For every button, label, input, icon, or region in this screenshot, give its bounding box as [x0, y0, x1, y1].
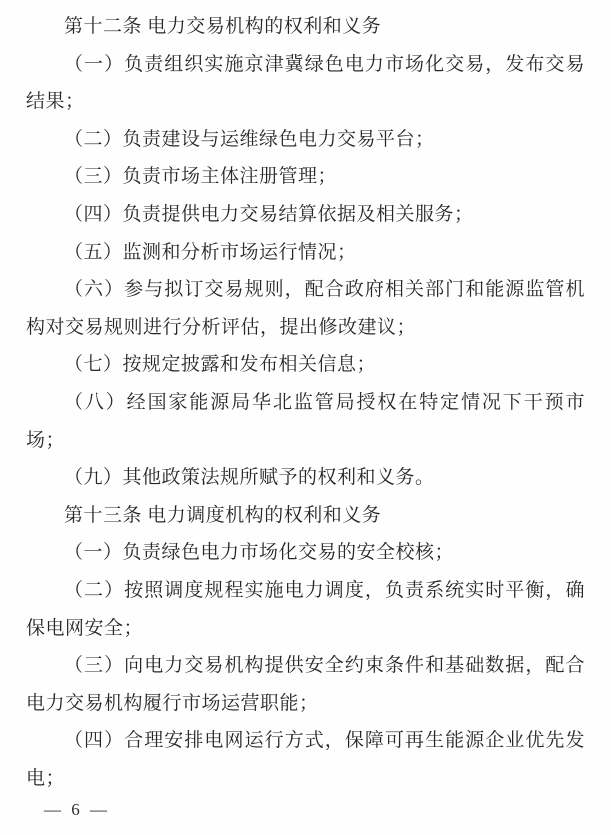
article-12-item-8: （八）经国家能源局华北监管局授权在特定情况下干预市场； [26, 384, 585, 459]
document-body: 第十二条 电力交易机构的权利和义务 （一）负责组织实施京津冀绿色电力市场化交易，… [0, 0, 611, 797]
article-12-item-4: （四）负责提供电力交易结算依据及相关服务； [26, 196, 585, 234]
page-number: — 6 — [44, 800, 110, 820]
article-12-item-1: （一）负责组织实施京津冀绿色电力市场化交易，发布交易结果； [26, 46, 585, 121]
article-13-item-2: （二）按照调度规程实施电力调度，负责系统实时平衡，确保电网安全； [26, 572, 585, 647]
article-12-item-7: （七）按规定披露和发布相关信息； [26, 346, 585, 384]
article-12-item-9: （九）其他政策法规所赋予的权利和义务。 [26, 459, 585, 497]
document-page: 第十二条 电力交易机构的权利和义务 （一）负责组织实施京津冀绿色电力市场化交易，… [0, 0, 611, 835]
article-12-item-6: （六）参与拟订交易规则，配合政府相关部门和能源监管机构对交易规则进行分析评估，提… [26, 271, 585, 346]
article-12-item-3: （三）负责市场主体注册管理； [26, 158, 585, 196]
article-13-item-1: （一）负责绿色电力市场化交易的安全校核； [26, 534, 585, 572]
article-13-item-3: （三）向电力交易机构提供安全约束条件和基础数据，配合电力交易机构履行市场运营职能… [26, 647, 585, 722]
article-12-item-2: （二）负责建设与运维绿色电力交易平台； [26, 121, 585, 159]
article-heading-12: 第十二条 电力交易机构的权利和义务 [26, 8, 585, 46]
article-12-item-5: （五）监测和分析市场运行情况； [26, 234, 585, 272]
article-heading-13: 第十三条 电力调度机构的权利和义务 [26, 497, 585, 535]
article-13-item-4: （四）合理安排电网运行方式，保障可再生能源企业优先发电； [26, 722, 585, 797]
